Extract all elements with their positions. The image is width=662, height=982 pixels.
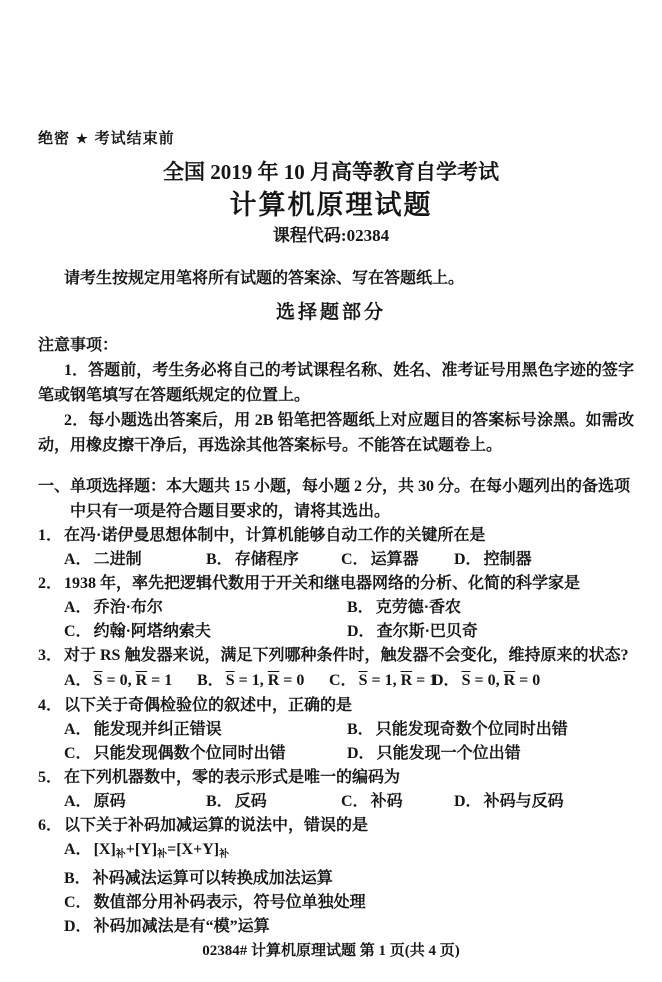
option-text: 补码 bbox=[371, 793, 403, 810]
option-label: D． bbox=[432, 672, 462, 689]
question-4-option-B: B．只能发现奇数个位同时出错 bbox=[347, 718, 634, 742]
question-1-text: 在冯·诺伊曼思想体制中，计算机能够自动工作的关键所在是 bbox=[64, 524, 634, 548]
question-1-options: A．二进制B．存储程序C．运算器D．控制器 bbox=[64, 548, 634, 572]
question-3-option-C: C．S = 1, R = 1 bbox=[329, 668, 432, 694]
option-text: 控制器 bbox=[484, 551, 532, 568]
question-3-option-A: A．S = 0, R = 1 bbox=[64, 668, 197, 694]
question-5-option-D: D．补码与反码 bbox=[454, 790, 634, 814]
option-text: 运算器 bbox=[371, 551, 419, 568]
question-2-option-A: A．乔治·布尔 bbox=[64, 596, 347, 620]
question-3-option-D: D．S = 0, R = 0 bbox=[432, 668, 634, 694]
question-1-option-C: C．运算器 bbox=[341, 548, 454, 572]
question-4-option-D: D．只能发现一个位出错 bbox=[347, 742, 634, 766]
exam-paper-page: 绝密★考试结束前 全国 2019 年 10 月高等教育自学考试 计算机原理试题 … bbox=[0, 0, 662, 982]
option-label: D． bbox=[64, 918, 94, 935]
option-text: R bbox=[401, 672, 413, 689]
question-6-text: 以下关于补码加减运算的说法中，错误的是 bbox=[64, 814, 634, 838]
question-5-option-A: A．原码 bbox=[64, 790, 206, 814]
option-text: 只能发现偶数个位同时出错 bbox=[94, 745, 286, 762]
question-6-stem: 6．以下关于补码加减运算的说法中，错误的是 bbox=[38, 814, 634, 838]
question-2: 2．1938 年，率先把逻辑代数用于开关和继电器网络的分析、化简的科学家是A．乔… bbox=[38, 572, 634, 644]
exam-title: 全国 2019 年 10 月高等教育自学考试 bbox=[38, 158, 624, 186]
question-1-number: 1． bbox=[38, 524, 64, 548]
option-text: 约翰·阿塔纳索夫 bbox=[94, 623, 211, 640]
option-label: A． bbox=[64, 599, 94, 616]
question-4: 4．以下关于奇偶检验位的叙述中，正确的是A．能发现并纠正错误B．只能发现奇数个位… bbox=[38, 694, 634, 766]
option-text: R bbox=[504, 672, 516, 689]
option-label: A． bbox=[64, 793, 94, 810]
option-text: 反码 bbox=[235, 793, 267, 810]
option-text: = 0 bbox=[515, 672, 540, 689]
question-6-option-C: C．数值部分用补码表示，符号位单独处理 bbox=[64, 891, 634, 915]
option-text: 补码加减法是有“模”运算 bbox=[94, 918, 270, 935]
question-5-options: A．原码B．反码C．补码D．补码与反码 bbox=[64, 790, 634, 814]
question-5-option-B: B．反码 bbox=[206, 790, 341, 814]
note-item-1: 1．答题前，考生务必将自己的考试课程名称、姓名、准考证号用黑色字迹的签字笔或钢笔… bbox=[38, 358, 634, 408]
option-label: C． bbox=[64, 894, 94, 911]
option-label: A． bbox=[64, 551, 94, 568]
question-1-option-D: D．控制器 bbox=[454, 548, 634, 572]
option-text: = 1, bbox=[367, 672, 400, 689]
question-1-option-A: A．二进制 bbox=[64, 548, 206, 572]
question-6-option-A: A．[X]补+[Y]补=[X+Y]补 bbox=[64, 838, 634, 867]
star-icon: ★ bbox=[70, 131, 95, 146]
question-5: 5．在下列机器数中，零的表示形式是唯一的编码为A．原码B．反码C．补码D．补码与… bbox=[38, 766, 634, 814]
question-3-options: A．S = 0, R = 1B．S = 1, R = 0C．S = 1, R =… bbox=[64, 668, 634, 694]
option-text: 数值部分用补码表示，符号位单独处理 bbox=[94, 894, 366, 911]
question-3-text: 对于 RS 触发器来说，满足下列哪种条件时，触发器不会变化，维持原来的状态? bbox=[64, 644, 634, 668]
option-label: D． bbox=[454, 551, 484, 568]
classification-banner: 绝密★考试结束前 bbox=[38, 130, 634, 148]
option-text: +[Y] bbox=[126, 841, 157, 858]
option-text: 原码 bbox=[94, 793, 126, 810]
question-4-option-A: A．能发现并纠正错误 bbox=[64, 718, 347, 742]
option-text: [X] bbox=[94, 841, 116, 858]
option-text: 查尔斯·巴贝奇 bbox=[377, 623, 478, 640]
option-text: =[X+Y] bbox=[167, 841, 219, 858]
option-text: 补 bbox=[157, 849, 167, 860]
option-text: = 0, bbox=[470, 672, 503, 689]
notes-heading: 注意事项： bbox=[38, 333, 634, 358]
question-6-options: A．[X]补+[Y]补=[X+Y]补B．补码减法运算可以转换成加法运算C．数值部… bbox=[64, 838, 634, 939]
question-5-text: 在下列机器数中，零的表示形式是唯一的编码为 bbox=[64, 766, 634, 790]
option-text: 二进制 bbox=[94, 551, 142, 568]
question-4-text: 以下关于奇偶检验位的叙述中，正确的是 bbox=[64, 694, 634, 718]
question-4-stem: 4．以下关于奇偶检验位的叙述中，正确的是 bbox=[38, 694, 634, 718]
question-2-text: 1938 年，率先把逻辑代数用于开关和继电器网络的分析、化简的科学家是 bbox=[64, 572, 634, 596]
question-2-option-B: B．克劳德·香农 bbox=[347, 596, 634, 620]
question-2-option-D: D．查尔斯·巴贝奇 bbox=[347, 620, 634, 644]
note-item-2: 2．每小题选出答案后，用 2B 铅笔把答题纸上对应题目的答案标号涂黑。如需改动，… bbox=[38, 408, 634, 458]
question-3: 3．对于 RS 触发器来说，满足下列哪种条件时，触发器不会变化，维持原来的状态?… bbox=[38, 644, 634, 694]
option-text: = 0, bbox=[102, 672, 135, 689]
question-6-option-B: B．补码减法运算可以转换成加法运算 bbox=[64, 867, 634, 891]
question-1-stem: 1．在冯·诺伊曼思想体制中，计算机能够自动工作的关键所在是 bbox=[38, 524, 634, 548]
option-label: C． bbox=[64, 745, 94, 762]
paper-title: 计算机原理试题 bbox=[38, 188, 624, 222]
option-label: D． bbox=[347, 745, 377, 762]
answer-sheet-instruction: 请考生按规定用笔将所有试题的答案涂、写在答题纸上。 bbox=[38, 266, 634, 291]
option-text: 能发现并纠正错误 bbox=[94, 721, 222, 738]
option-label: B． bbox=[206, 793, 235, 810]
page-footer: 02384# 计算机原理试题 第 1 页(共 4 页) bbox=[0, 939, 662, 960]
section-title: 选择题部分 bbox=[38, 299, 624, 327]
option-text: 存储程序 bbox=[235, 551, 299, 568]
option-text: = 1, bbox=[235, 672, 268, 689]
option-text: R bbox=[136, 672, 148, 689]
question-4-number: 4． bbox=[38, 694, 64, 718]
option-text: S bbox=[226, 672, 235, 689]
option-label: C． bbox=[341, 793, 371, 810]
question-3-number: 3． bbox=[38, 644, 64, 668]
option-text: 克劳德·香农 bbox=[376, 599, 461, 616]
notes-list: 1．答题前，考生务必将自己的考试课程名称、姓名、准考证号用黑色字迹的签字笔或钢笔… bbox=[38, 358, 634, 458]
option-text: = 1 bbox=[147, 672, 172, 689]
option-text: = 0 bbox=[279, 672, 304, 689]
question-5-stem: 5．在下列机器数中，零的表示形式是唯一的编码为 bbox=[38, 766, 634, 790]
option-text: 只能发现一个位出错 bbox=[377, 745, 521, 762]
option-label: B． bbox=[64, 870, 93, 887]
option-text: 补码与反码 bbox=[484, 793, 564, 810]
option-text: 只能发现奇数个位同时出错 bbox=[376, 721, 568, 738]
question-5-option-C: C．补码 bbox=[341, 790, 454, 814]
option-text: 补码减法运算可以转换成加法运算 bbox=[93, 870, 333, 887]
option-text: 补 bbox=[116, 849, 126, 860]
question-6: 6．以下关于补码加减运算的说法中，错误的是A．[X]补+[Y]补=[X+Y]补B… bbox=[38, 814, 634, 939]
question-1: 1．在冯·诺伊曼思想体制中，计算机能够自动工作的关键所在是A．二进制B．存储程序… bbox=[38, 524, 634, 572]
part-one-heading: 一、 单项选择题：本大题共 15 小题，每小题 2 分，共 30 分。在每小题列… bbox=[38, 474, 634, 524]
question-3-stem: 3．对于 RS 触发器来说，满足下列哪种条件时，触发器不会变化，维持原来的状态? bbox=[38, 644, 634, 668]
option-text: R bbox=[268, 672, 280, 689]
question-1-option-B: B．存储程序 bbox=[206, 548, 341, 572]
classification-level: 绝密 bbox=[38, 131, 70, 147]
option-label: D． bbox=[347, 623, 377, 640]
question-2-number: 2． bbox=[38, 572, 64, 596]
option-label: D． bbox=[454, 793, 484, 810]
option-label: C． bbox=[329, 672, 359, 689]
course-code: 课程代码:02384 bbox=[38, 224, 624, 248]
option-label: A． bbox=[64, 841, 94, 858]
question-2-options: A．乔治·布尔B．克劳德·香农C．约翰·阿塔纳索夫D．查尔斯·巴贝奇 bbox=[64, 596, 634, 644]
question-2-option-C: C．约翰·阿塔纳索夫 bbox=[64, 620, 347, 644]
option-label: C． bbox=[341, 551, 371, 568]
questions-list: 1．在冯·诺伊曼思想体制中，计算机能够自动工作的关键所在是A．二进制B．存储程序… bbox=[38, 524, 634, 939]
question-4-option-C: C．只能发现偶数个位同时出错 bbox=[64, 742, 347, 766]
option-label: B． bbox=[206, 551, 235, 568]
question-6-option-D: D．补码加减法是有“模”运算 bbox=[64, 915, 634, 939]
question-4-options: A．能发现并纠正错误B．只能发现奇数个位同时出错C．只能发现偶数个位同时出错D．… bbox=[64, 718, 634, 766]
option-label: B． bbox=[347, 599, 376, 616]
option-text: 补 bbox=[219, 849, 229, 860]
option-text: 乔治·布尔 bbox=[94, 599, 163, 616]
option-label: B． bbox=[197, 672, 226, 689]
question-5-number: 5． bbox=[38, 766, 64, 790]
option-label: A． bbox=[64, 672, 94, 689]
part-one-label: 一、 bbox=[38, 474, 70, 524]
option-label: C． bbox=[64, 623, 94, 640]
question-3-option-B: B．S = 1, R = 0 bbox=[197, 668, 329, 694]
timing-note: 考试结束前 bbox=[95, 131, 175, 147]
option-label: B． bbox=[347, 721, 376, 738]
part-one-text: 单项选择题：本大题共 15 小题，每小题 2 分，共 30 分。在每小题列出的备… bbox=[70, 474, 634, 524]
question-2-stem: 2．1938 年，率先把逻辑代数用于开关和继电器网络的分析、化简的科学家是 bbox=[38, 572, 634, 596]
option-label: A． bbox=[64, 721, 94, 738]
question-6-number: 6． bbox=[38, 814, 64, 838]
